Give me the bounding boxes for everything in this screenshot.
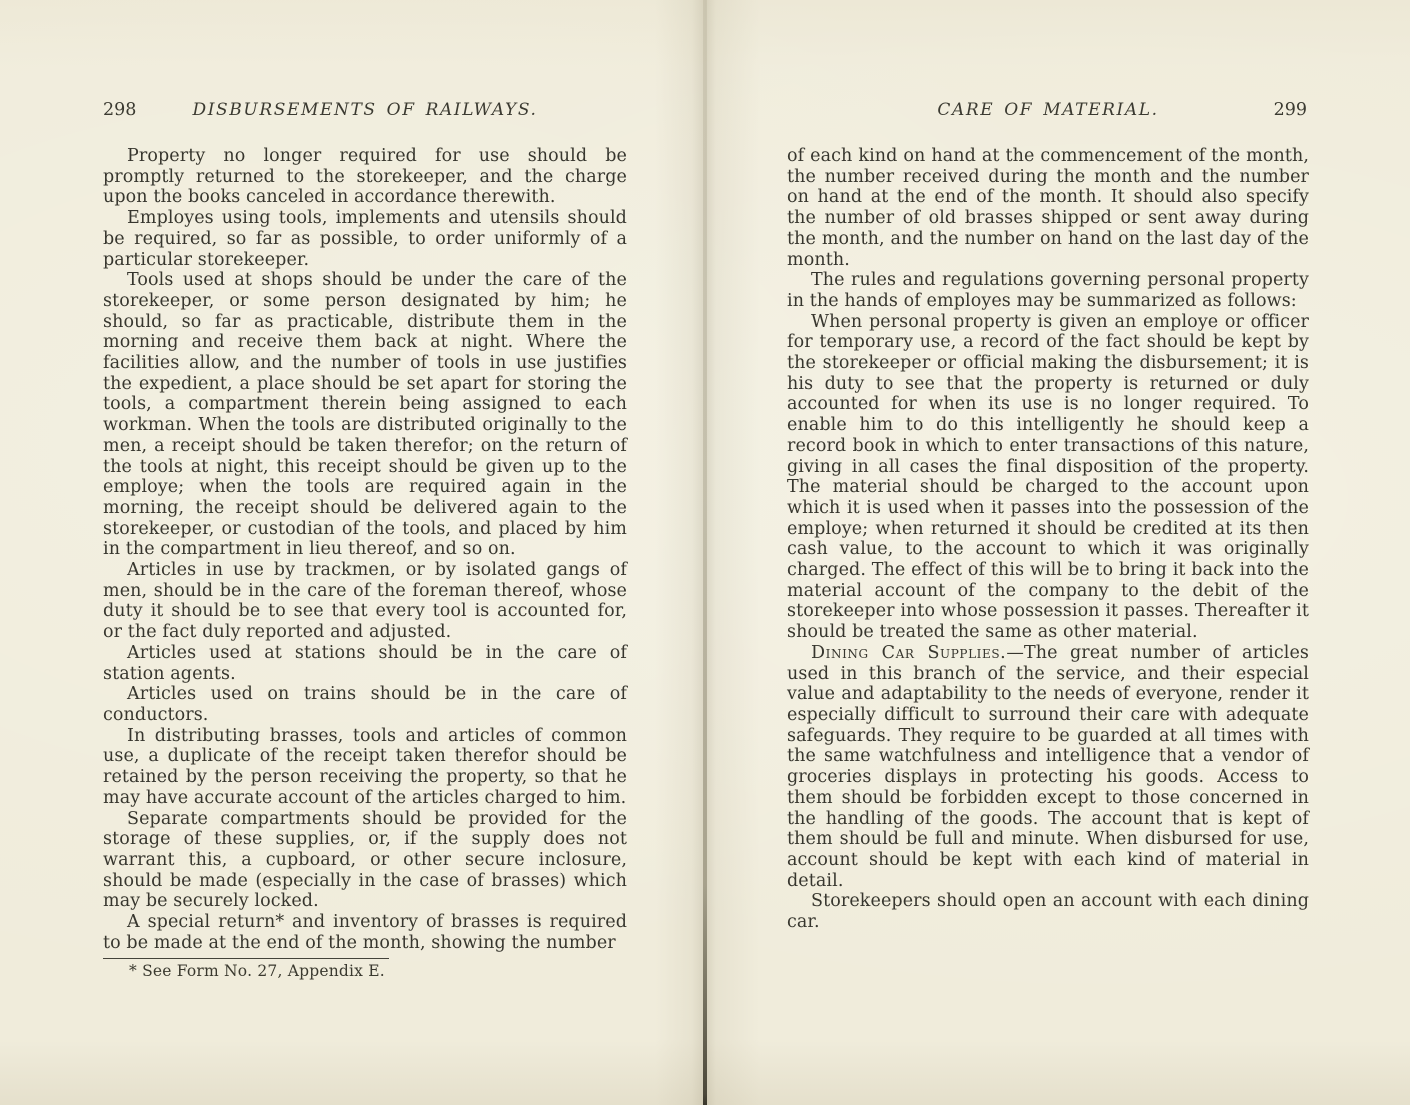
paragraph: Tools used at shops should be under the … bbox=[103, 270, 627, 560]
paragraph: Employes using tools, implements and ute… bbox=[103, 208, 627, 270]
paragraph: Property no longer required for use shou… bbox=[103, 146, 627, 208]
right-page-header: 299 CARE OF MATERIAL. bbox=[787, 100, 1309, 124]
paragraph: Articles in use by trackmen, or by isola… bbox=[103, 560, 627, 643]
paragraph: Articles used at stations should be in t… bbox=[103, 643, 627, 684]
left-page-number: 298 bbox=[103, 100, 136, 120]
gutter-shadow bbox=[655, 0, 760, 1105]
right-page-body: of each kind on hand at the commencement… bbox=[787, 146, 1309, 933]
paragraph: A special return* and inventory of brass… bbox=[103, 912, 627, 953]
left-running-head: DISBURSEMENTS OF RAILWAYS. bbox=[103, 100, 627, 120]
paragraph: of each kind on hand at the commencement… bbox=[787, 146, 1309, 270]
paragraph-lead-small-caps: Dining Car Supplies. bbox=[811, 643, 1006, 663]
left-page: 298 DISBURSEMENTS OF RAILWAYS. Property … bbox=[103, 100, 627, 981]
paragraph: Separate compartments should be provided… bbox=[103, 809, 627, 913]
paragraph: The rules and regulations governing pers… bbox=[787, 270, 1309, 311]
gutter-crease-line bbox=[703, 0, 707, 1105]
left-page-header: 298 DISBURSEMENTS OF RAILWAYS. bbox=[103, 100, 627, 124]
paragraph: Articles used on trains should be in the… bbox=[103, 684, 627, 725]
right-page: 299 CARE OF MATERIAL. of each kind on ha… bbox=[787, 100, 1309, 933]
right-page-number: 299 bbox=[1274, 100, 1307, 120]
footnote: * See Form No. 27, Appendix E. bbox=[103, 962, 627, 981]
paragraph: When personal property is given an emplo… bbox=[787, 312, 1309, 643]
right-running-head: CARE OF MATERIAL. bbox=[787, 100, 1309, 120]
footnote-rule bbox=[103, 958, 389, 959]
left-page-body: Property no longer required for use shou… bbox=[103, 146, 627, 953]
paragraph: Dining Car Supplies.—The great number of… bbox=[787, 643, 1309, 891]
paragraph: In distributing brasses, tools and artic… bbox=[103, 726, 627, 809]
paragraph: Storekeepers should open an account with… bbox=[787, 891, 1309, 932]
book-scan: 298 DISBURSEMENTS OF RAILWAYS. Property … bbox=[0, 0, 1410, 1105]
